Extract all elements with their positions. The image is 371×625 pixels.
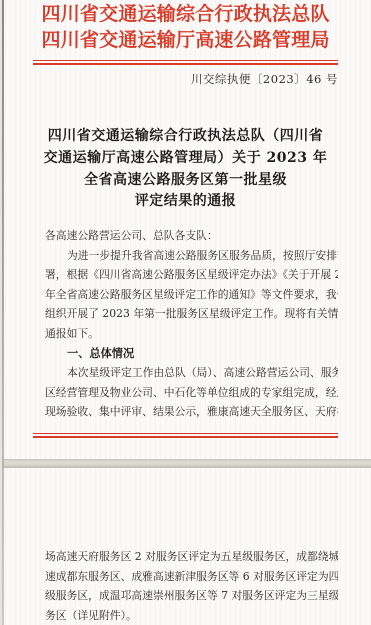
letterhead-line-1: 四川省交通运输综合行政执法总队 <box>42 2 330 28</box>
section-heading: 一、总体情况 <box>45 344 338 364</box>
body-line: 年全省高速公路服务区星级评定工作的通知》等文件要求，我们 <box>45 285 338 305</box>
letterhead-divider-line <box>33 60 338 65</box>
body-line: 速成都东服务区、成雅高速新津服务区等 6 对服务区评定为四星 <box>45 567 338 587</box>
title-line-2: 交通运输厅高速公路管理局）关于 2023 年 <box>20 148 351 170</box>
body-line: 场高速天府服务区 2 对服务区评定为五星级服务区，成都绕城高 <box>45 547 338 567</box>
body-line: 署，根据《四川省高速公路服务区星级评定办法》《关于开展 2023 <box>45 265 338 285</box>
page-2-body: 场高速天府服务区 2 对服务区评定为五星级服务区，成都绕城高 速成都东服务区、成… <box>45 547 338 625</box>
body-line: 通报如下。 <box>45 324 338 344</box>
body-line: 区经营管理及物业公司、中石化等单位组成的专家组完成，经过 <box>45 383 338 403</box>
page-bottom-red-line <box>33 433 338 438</box>
document-number: 川交综执便〔2023〕46 号 <box>191 71 338 87</box>
body-line: 本次星级评定工作由总队（局）、高速公路营运公司、服务 <box>45 363 338 383</box>
body-line: 组织开展了 2023 年第一批服务区星级评定工作。现将有关情况 <box>45 304 338 324</box>
body-line: 为进一步提升我省高速公路服务区服务品质，按照厅安排部 <box>45 246 338 266</box>
title-line-1: 四川省交通运输综合行政执法总队（四川省 <box>20 126 351 148</box>
page-2: 场高速天府服务区 2 对服务区评定为五星级服务区，成都绕城高 速成都东服务区、成… <box>0 468 371 625</box>
page-1: 四川省交通运输综合行政执法总队 四川省交通运输厅高速公路管理局 川交综执便〔20… <box>0 0 371 459</box>
title-line-4: 评定结果的通报 <box>20 191 351 213</box>
body-line: 级服务区，成温邛高速崇州服务区等 7 对服务区评定为三星级服 <box>45 586 338 606</box>
document-body: 各高速公路营运公司、总队各支队： 为进一步提升我省高速公路服务区服务品质，按照厅… <box>45 226 338 422</box>
salutation-line: 各高速公路营运公司、总队各支队： <box>45 226 338 246</box>
body-line: 现场验收、集中评审、结果公示，雅康高速天全服务区、天府机 <box>45 402 338 422</box>
letterhead-line-2: 四川省交通运输厅高速公路管理局 <box>42 28 330 54</box>
page-left-edge-shadow <box>2 0 4 625</box>
page-separator <box>0 459 371 468</box>
title-line-3: 全省高速公路服务区第一批星级 <box>20 170 351 192</box>
body-line: 务区（详见附件）。 <box>45 606 338 625</box>
document-viewer: 四川省交通运输综合行政执法总队 四川省交通运输厅高速公路管理局 川交综执便〔20… <box>0 0 371 625</box>
letterhead: 四川省交通运输综合行政执法总队 四川省交通运输厅高速公路管理局 <box>0 2 371 53</box>
document-title: 四川省交通运输综合行政执法总队（四川省 交通运输厅高速公路管理局）关于 2023… <box>20 126 351 213</box>
